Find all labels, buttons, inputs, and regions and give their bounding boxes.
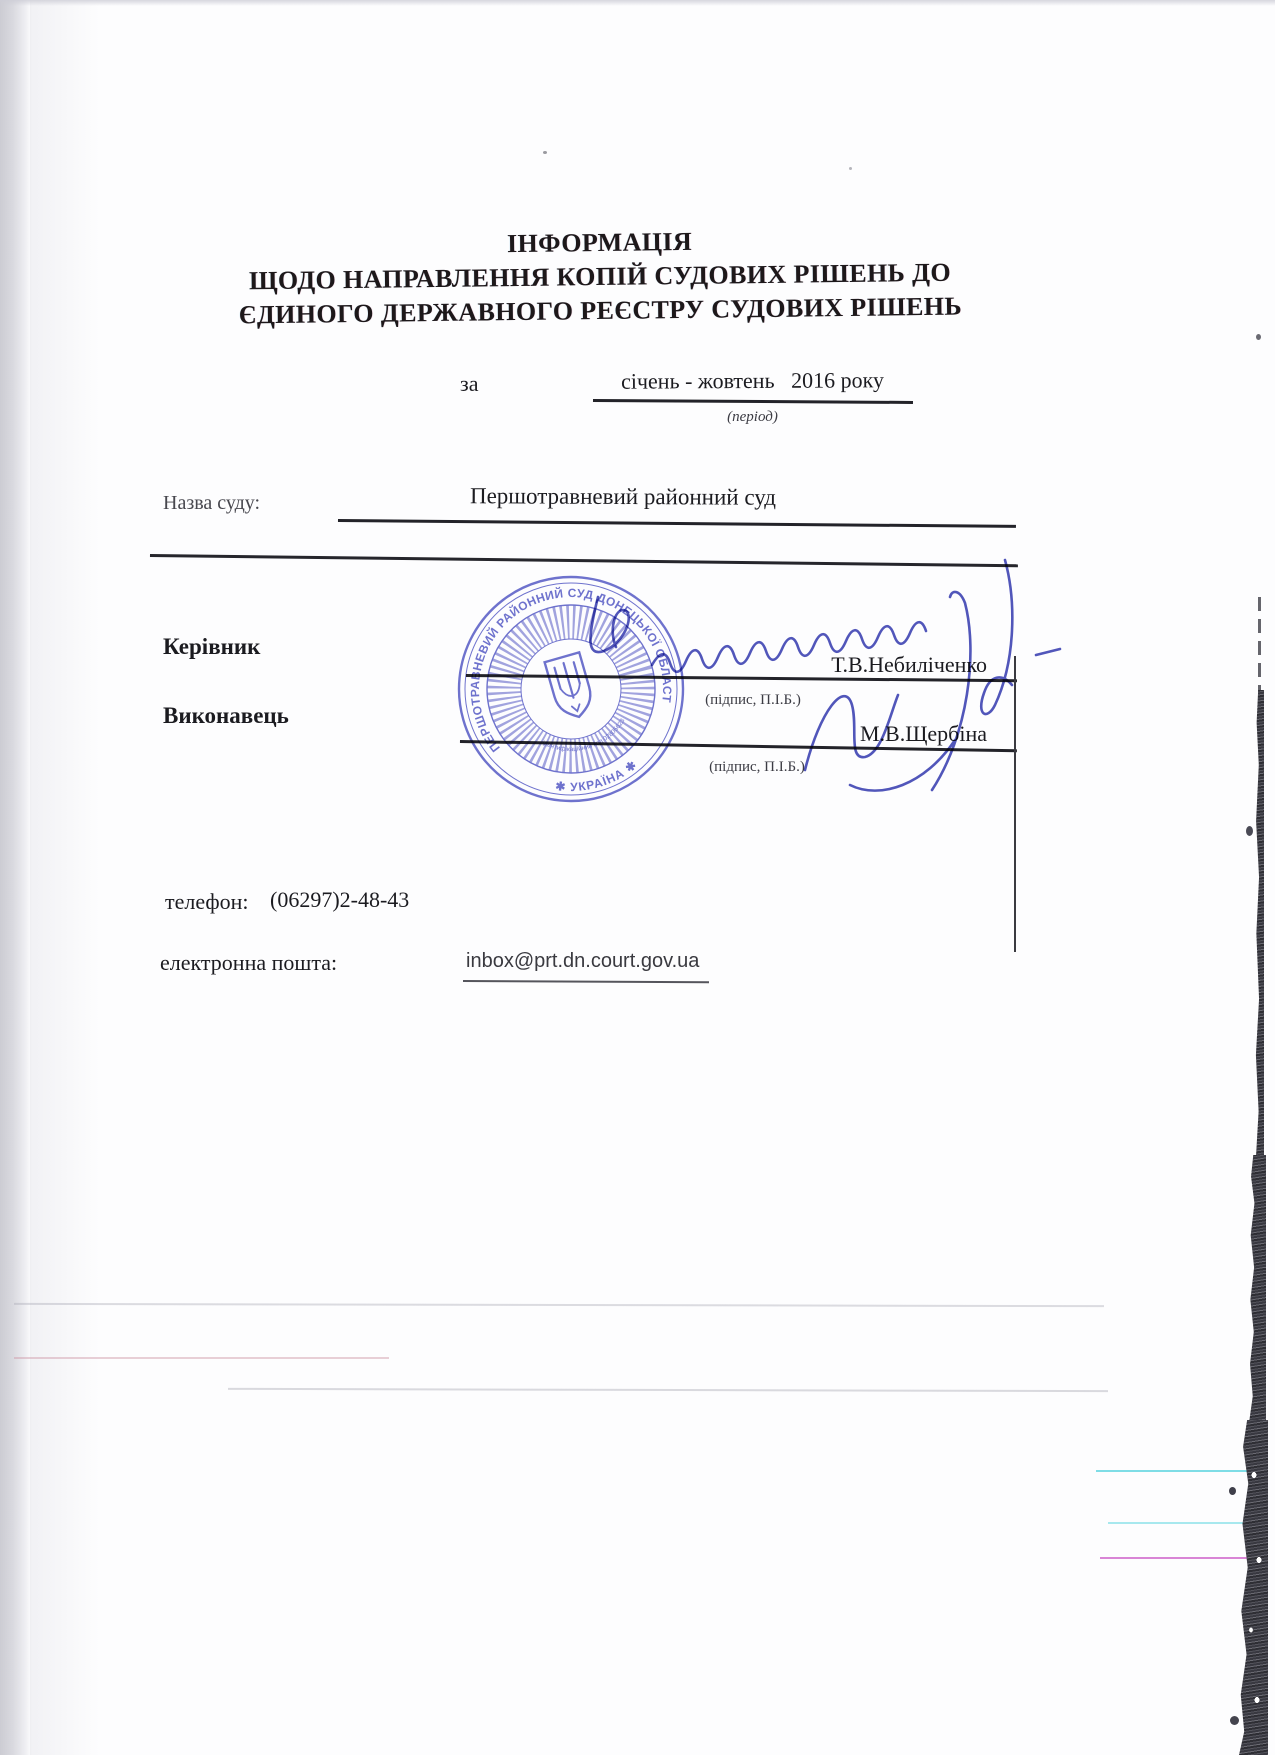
handwritten-signatures — [420, 545, 1120, 825]
period-underline — [593, 399, 913, 403]
email-underline — [463, 980, 709, 983]
scan-speck-2 — [849, 167, 852, 170]
period-caption: (період) — [590, 409, 915, 426]
court-name-value: Першотравневий районний суд — [470, 483, 776, 511]
scan-top-edge-shadow — [0, 0, 1275, 6]
scan-artifact-line-2 — [14, 1357, 389, 1359]
phone-label: телефон: — [165, 889, 249, 915]
scan-speck-6 — [1230, 1716, 1239, 1725]
scan-right-edge-segment-a — [1258, 597, 1261, 692]
scan-right-edge-segment-b — [1255, 690, 1264, 1158]
scanned-court-document: ІНФОРМАЦІЯ ЩОДО НАПРАВЛЕННЯ КОПІЙ СУДОВИ… — [0, 0, 1275, 1755]
scan-right-edge-segment-c — [1249, 1155, 1266, 1423]
signatory-role-kerivnyk: Керівник — [163, 634, 260, 660]
signature-vykonavets — [805, 592, 970, 791]
phone-value: (06297)2-48-43 — [270, 887, 409, 913]
email-value: inbox@prt.dn.court.gov.ua — [466, 950, 699, 973]
scan-artifact-cyan-line-1 — [1096, 1470, 1262, 1472]
signature-kerivnyk — [590, 560, 1060, 714]
email-label: електронна пошта: — [160, 950, 337, 976]
scan-artifact-cyan-line-2 — [1108, 1522, 1262, 1524]
scan-artifact-line-3 — [228, 1388, 1108, 1392]
scan-speck-1 — [543, 151, 547, 154]
period-value: січень - жовтень 2016 року — [590, 367, 915, 395]
scan-artifact-line-1 — [14, 1303, 1104, 1307]
scan-artifact-magenta-line — [1100, 1557, 1262, 1559]
scan-left-edge-shadow — [0, 0, 32, 1755]
court-name-underline — [338, 519, 1016, 528]
court-name-label: Назва суду: — [163, 492, 260, 515]
signatory-role-vykonavets: Виконавець — [163, 703, 289, 729]
document-title: ІНФОРМАЦІЯ ЩОДО НАПРАВЛЕННЯ КОПІЙ СУДОВИ… — [44, 219, 1155, 335]
scan-speck-3 — [1256, 334, 1261, 340]
period-prefix-label: за — [460, 371, 478, 397]
scan-right-edge-segment-d — [1239, 1420, 1268, 1755]
scan-speck-4 — [1246, 826, 1253, 836]
scan-speck-5 — [1229, 1487, 1236, 1495]
scan-artifact-red-dash — [1247, 1543, 1261, 1545]
